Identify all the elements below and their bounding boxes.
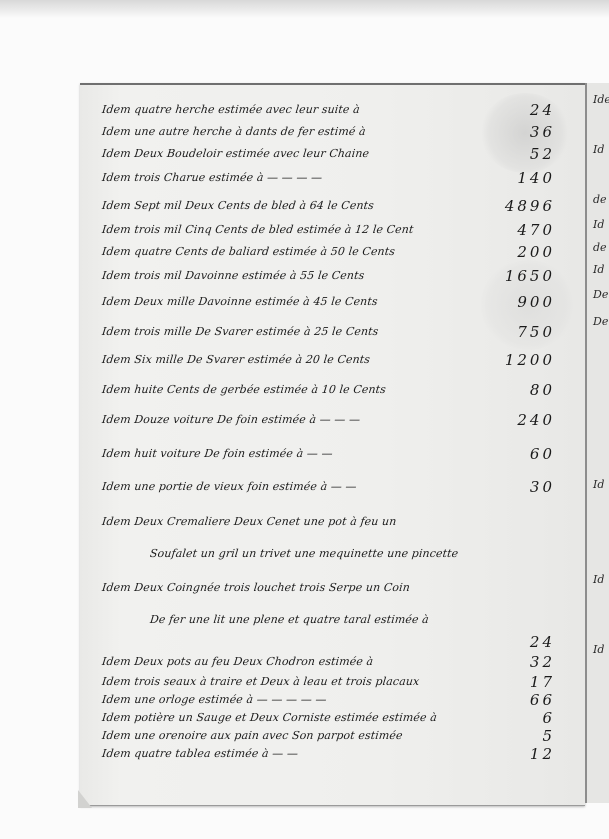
inventory-entry: Idem Deux mille Davoinne estimée à 45 le… [80,295,585,315]
inventory-entry: Idem quatre tablea estimée à — — 12 [80,747,585,767]
facing-page-fragment: de [593,193,607,206]
entry-amount: 66 [485,691,555,709]
entry-description: Idem potière un Sauge et Deux Corniste e… [101,711,482,724]
manuscript-page: Idem quatre herche estimée avec leur sui… [80,83,585,806]
entry-description: Idem trois mil Cinq Cents de bled estimé… [101,223,482,236]
entry-amount: 1650 [485,267,555,285]
page-corner-fold [78,790,92,808]
entry-description: Idem Deux Cremaliere Deux Cenet une pot … [101,515,482,528]
facing-page-fragment: Id [593,643,604,656]
entry-description: De fer une lit une plene et quatre taral… [149,613,530,626]
facing-page-edge: Idem Id de Id de Id De De Id Id Id [585,83,609,803]
entry-description: Idem quatre Cents de baliard estimée à 5… [101,245,482,258]
entry-amount: 900 [485,293,555,311]
entry-description: Idem Deux Coingnée trois louchet trois S… [101,581,482,594]
entry-amount: 36 [485,123,555,141]
inventory-entry: Idem trois mil Cinq Cents de bled estimé… [80,223,585,243]
facing-page-fragment: de [593,241,607,254]
entry-amount: 140 [485,169,555,187]
inventory-entry: Idem quatre Cents de baliard estimée à 5… [80,245,585,265]
facing-page-fragment: Id [593,143,604,156]
facing-page-fragment: Id [593,573,604,586]
entry-amount: 32 [485,653,555,671]
entry-amount: 12 [485,745,555,763]
facing-page-fragment: Idem [593,93,609,106]
entry-description: Idem une portie de vieux foin estimée à … [101,480,482,493]
entry-amount: 4896 [485,197,555,215]
inventory-entry: Idem huite Cents de gerbée estimée à 10 … [80,383,585,403]
facing-page-fragment: Id [593,478,604,491]
entry-amount: 200 [485,243,555,261]
entry-description: Idem Douze voiture De foin estimée à — —… [101,413,482,426]
facing-page-fragment: De [593,288,608,301]
entry-description: Idem trois Charue estimée à — — — — [101,171,482,184]
inventory-entry: Idem quatre herche estimée avec leur sui… [80,103,585,123]
entry-amount: 5 [485,727,555,745]
entry-amount: 30 [485,478,555,496]
facing-page-fragment: Id [593,218,604,231]
entry-amount: 80 [485,381,555,399]
entry-amount: 17 [485,673,555,691]
scan-shadow [0,0,609,18]
entry-description: Idem quatre tablea estimée à — — [101,747,482,760]
entry-description: Idem Six mille De Svarer estimée à 20 le… [101,353,482,366]
inventory-entry: Idem Douze voiture De foin estimée à — —… [80,413,585,433]
inventory-entry: Idem Six mille De Svarer estimée à 20 le… [80,353,585,373]
inventory-entry: Idem une autre herche à dants de fer est… [80,125,585,145]
inventory-entry: Idem trois Charue estimée à — — — — 140 [80,171,585,191]
entry-amount: 240 [485,411,555,429]
entry-description: Idem trois seaux à traire et Deux à leau… [101,675,482,688]
entry-amount: 6 [485,709,555,727]
entry-amount: 24 [485,101,555,119]
entry-description: Idem trois mil Davoinne estimée à 55 le … [101,269,482,282]
entry-description: Idem une autre herche à dants de fer est… [101,125,482,138]
entry-amount: 750 [485,323,555,341]
inventory-entry: Idem une portie de vieux foin estimée à … [80,480,585,500]
entry-description: Soufalet un gril un trivet une mequinett… [149,547,530,560]
inventory-entry: Idem trois mil Davoinne estimée à 55 le … [80,269,585,289]
inventory-entry: Idem Deux Boudeloir estimée avec leur Ch… [80,147,585,167]
entry-description: Idem Deux Boudeloir estimée avec leur Ch… [101,147,482,160]
inventory-entry-continued: Soufalet un gril un trivet une mequinett… [80,547,585,567]
entry-description: Idem Sept mil Deux Cents de bled à 64 le… [101,199,482,212]
entry-description: Idem Deux mille Davoinne estimée à 45 le… [101,295,482,308]
inventory-entry: Idem Deux pots au feu Deux Chodron estim… [80,655,585,675]
entry-description: Idem une orenoire aux pain avec Son parp… [101,729,482,742]
inventory-entry: Idem Sept mil Deux Cents de bled à 64 le… [80,199,585,219]
facing-page-fragment: De [593,315,608,328]
entry-amount: 52 [485,145,555,163]
entry-description: Idem huit voiture De foin estimée à — — [101,447,482,460]
entry-description: Idem quatre herche estimée avec leur sui… [101,103,482,116]
inventory-entry: Idem Deux Cremaliere Deux Cenet une pot … [80,515,585,535]
entry-amount: 1200 [485,351,555,369]
entry-amount: 470 [485,221,555,239]
entry-description: Idem huite Cents de gerbée estimée à 10 … [101,383,482,396]
inventory-entry: Idem huit voiture De foin estimée à — — … [80,447,585,467]
entry-description: Idem une orloge estimée à — — — — — [101,693,482,706]
entry-description: Idem Deux pots au feu Deux Chodron estim… [101,655,482,668]
inventory-entry-continued: De fer une lit une plene et quatre taral… [80,613,585,633]
entry-amount: 24 [485,633,555,651]
inventory-entry: Idem Deux Coingnée trois louchet trois S… [80,581,585,601]
entry-amount: 60 [485,445,555,463]
facing-page-fragment: Id [593,263,604,276]
inventory-entry: Idem trois mille De Svarer estimée à 25 … [80,325,585,345]
entry-description: Idem trois mille De Svarer estimée à 25 … [101,325,482,338]
